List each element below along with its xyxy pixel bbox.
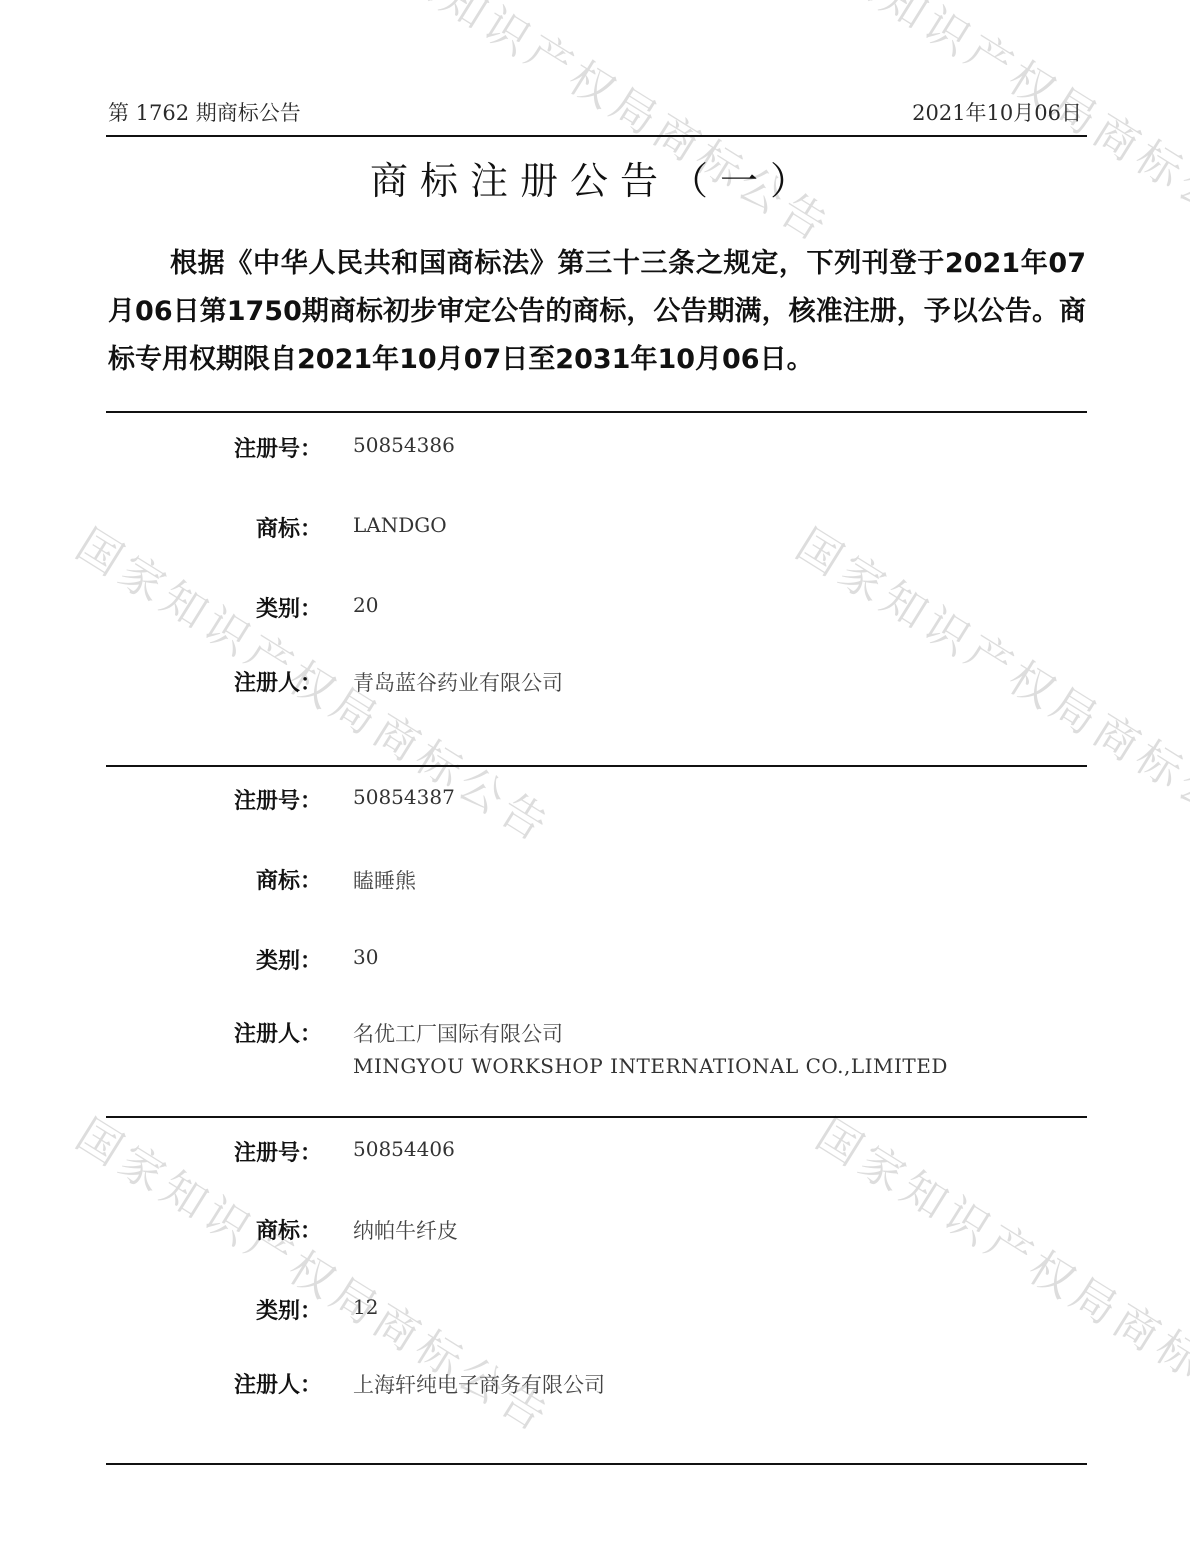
announcement-page: 第 1762 期商标公告 2021年10月06日 商标注册公告（一） 根据《中华… — [0, 0, 1190, 1564]
registrant-row: 注册人： 上海轩纯电子商务有限公司 — [0, 1368, 1190, 1408]
registrant-row: 注册人： 青岛蓝谷药业有限公司 — [0, 666, 1190, 706]
reg-no-row: 注册号： 50854387 — [0, 784, 1190, 824]
registrant-value: 名优工厂国际有限公司 — [353, 1018, 563, 1048]
registrant-value: 上海轩纯电子商务有限公司 — [353, 1369, 605, 1399]
issue-number: 第 1762 期商标公告 — [108, 97, 301, 127]
mark-row: 商标： 瞌睡熊 — [0, 864, 1190, 904]
mark-label: 商标： — [256, 512, 322, 543]
reg-no-row: 注册号： 50854406 — [0, 1136, 1190, 1176]
reg-no-label: 注册号： — [234, 432, 322, 463]
class-row: 类别： 20 — [0, 592, 1190, 632]
mark-value: LANDGO — [353, 513, 447, 537]
registrant-label: 注册人： — [234, 1017, 322, 1048]
mark-row: 商标： 纳帕牛纤皮 — [0, 1214, 1190, 1254]
entry-divider — [106, 1463, 1087, 1465]
reg-no-value: 50854387 — [353, 785, 455, 809]
entry-divider — [106, 1116, 1087, 1118]
registrant-value: 青岛蓝谷药业有限公司 — [353, 667, 563, 697]
class-value: 12 — [353, 1295, 378, 1319]
class-label: 类别： — [256, 1294, 322, 1325]
reg-no-label: 注册号： — [234, 784, 322, 815]
registrant-label: 注册人： — [234, 1368, 322, 1399]
page-title: 商标注册公告（一） — [0, 150, 1190, 205]
issue-date: 2021年10月06日 — [912, 97, 1082, 127]
mark-label: 商标： — [256, 864, 322, 895]
reg-no-value: 50854406 — [353, 1137, 455, 1161]
class-label: 类别： — [256, 944, 322, 975]
registrant-value-en: MINGYOU WORKSHOP INTERNATIONAL CO.,LIMIT… — [353, 1054, 948, 1078]
mark-value: 纳帕牛纤皮 — [353, 1215, 458, 1245]
mark-value: 瞌睡熊 — [353, 865, 416, 895]
class-value: 30 — [353, 945, 378, 969]
class-value: 20 — [353, 593, 378, 617]
class-label: 类别： — [256, 592, 322, 623]
reg-no-value: 50854386 — [353, 433, 455, 457]
entry-divider — [106, 411, 1087, 413]
header-divider — [106, 135, 1087, 137]
registrant-label: 注册人： — [234, 666, 322, 697]
mark-label: 商标： — [256, 1214, 322, 1245]
intro-paragraph: 根据《中华人民共和国商标法》第三十三条之规定，下列刊登于2021年07月06日第… — [108, 240, 1086, 384]
reg-no-row: 注册号： 50854386 — [0, 432, 1190, 472]
registrant-row: 注册人： 名优工厂国际有限公司 MINGYOU WORKSHOP INTERNA… — [0, 1017, 1190, 1097]
class-row: 类别： 12 — [0, 1294, 1190, 1334]
reg-no-label: 注册号： — [234, 1136, 322, 1167]
mark-row: 商标： LANDGO — [0, 512, 1190, 552]
class-row: 类别： 30 — [0, 944, 1190, 984]
entry-divider — [106, 765, 1087, 767]
